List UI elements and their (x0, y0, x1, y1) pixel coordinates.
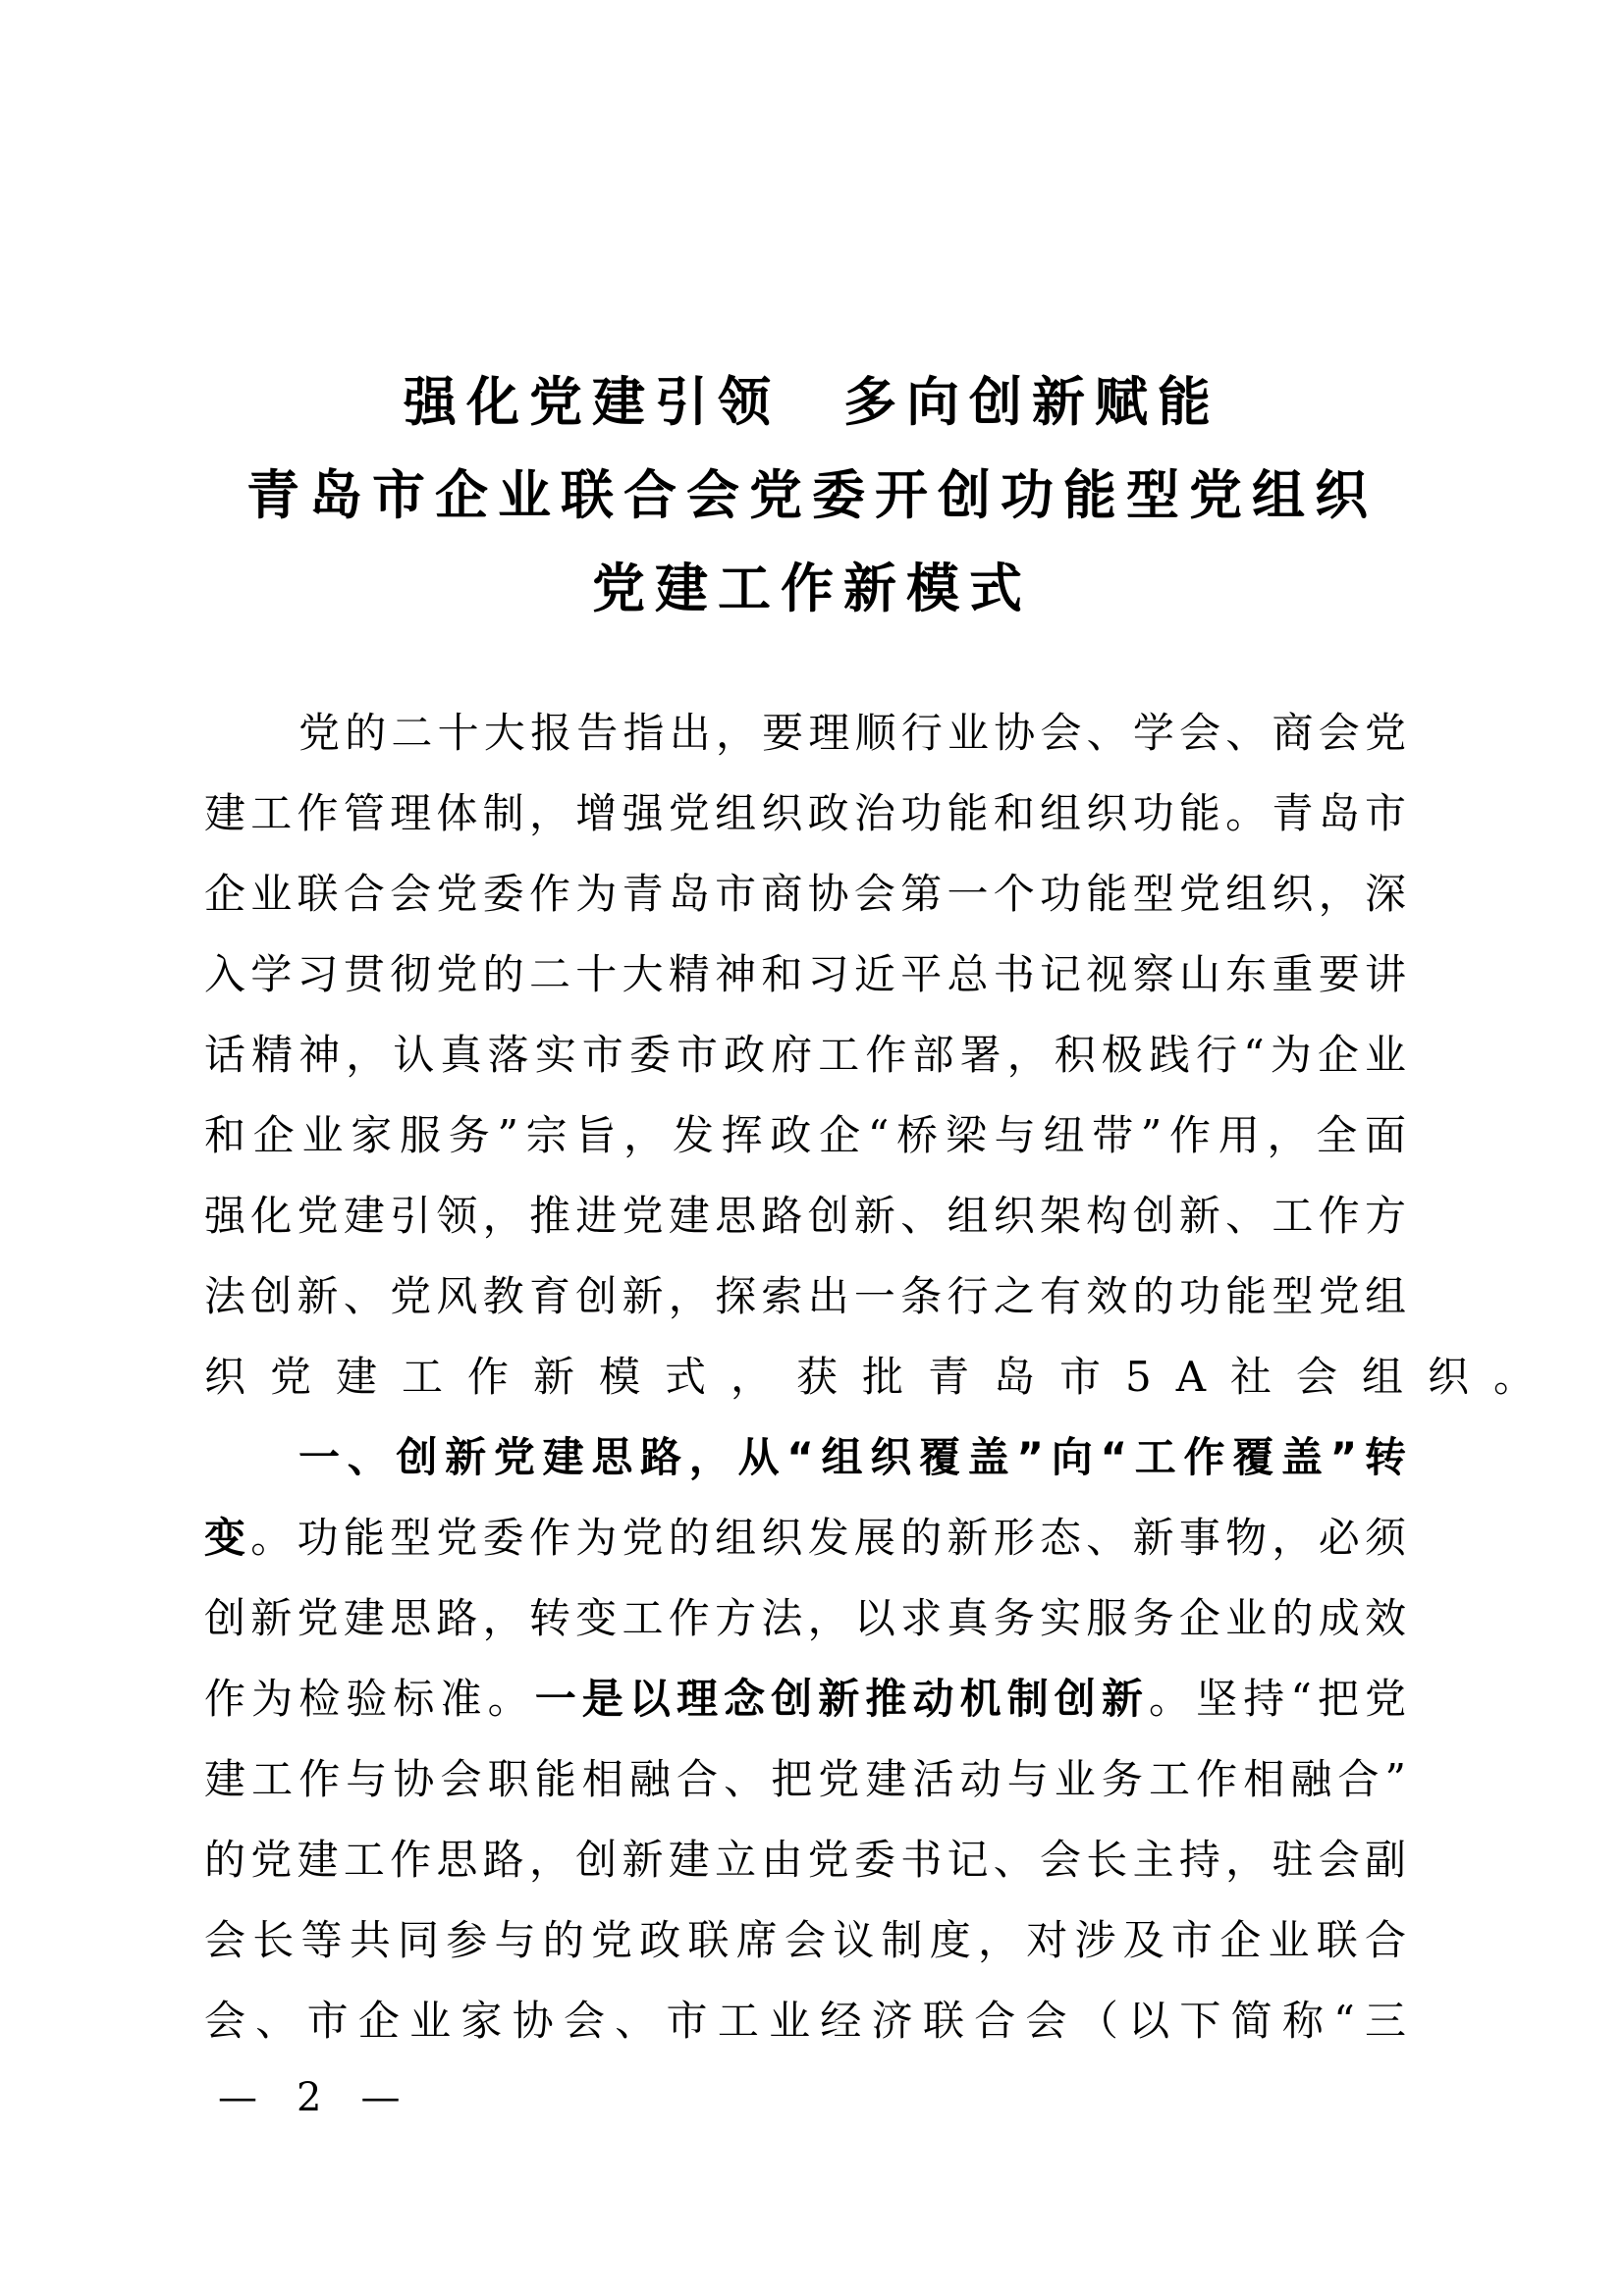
page-number: — 2 — (218, 2073, 400, 2122)
intro-line-8: 法创新、党风教育创新，探索出一条行之有效的功能型党组 (204, 1256, 1406, 1337)
section-1-line-3: 创新党建思路，转变工作方法，以求真务实服务企业的成效 (204, 1578, 1406, 1659)
section-1-heading: 一、创新党建思路，从“组织覆盖”向“工作覆盖”转 (204, 1417, 1406, 1498)
section-1-line-4-end: 。坚持“把党 (1149, 1675, 1406, 1723)
section-1-line-7: 会长等共同参与的党政联席会议制度，对涉及市企业联合 (204, 1900, 1406, 1981)
subheading-one: 一是以理念创新推动机制创新 (535, 1675, 1149, 1723)
intro-line-4: 入学习贯彻党的二十大精神和习近平总书记视察山东重要讲 (204, 934, 1406, 1015)
intro-line-7: 强化党建引领，推进党建思路创新、组织架构创新、工作方 (204, 1176, 1406, 1256)
intro-line-6: 和企业家服务”宗旨，发挥政企“桥梁与纽带”作用，全面 (204, 1095, 1406, 1176)
title-line-2: 青岛市企业联合会党委开创功能型党组织 (0, 449, 1624, 542)
document-title: 强化党建引领 多向创新赋能 青岛市企业联合会党委开创功能型党组织 党建工作新模式 (0, 355, 1624, 635)
title-line-1: 强化党建引领 多向创新赋能 (0, 355, 1624, 449)
section-1-heading-end: 变 (204, 1514, 250, 1562)
intro-line-9: 织党建工作新模式，获批青岛市5A社会组织。 (204, 1337, 1406, 1417)
section-1-line-5: 建工作与协会职能相融合、把党建活动与业务工作相融合” (204, 1739, 1406, 1820)
intro-line-5: 话精神，认真落实市委市政府工作部署，积极践行“为企业 (204, 1015, 1406, 1095)
intro-line-3: 企业联合会党委作为青岛市商协会第一个功能型党组织，深 (204, 854, 1406, 934)
document-body: 党的二十大报告指出，要理顺行业协会、学会、商会党 建工作管理体制，增强党组织政治… (204, 693, 1406, 2061)
section-1-line-4-start: 作为检验标准。 (204, 1675, 535, 1723)
section-1-line-8: 会、市企业家协会、市工业经济联合会（以下简称“三 (204, 1981, 1406, 2061)
section-1-line-2: 变。功能型党委作为党的组织发展的新形态、新事物，必须 (204, 1498, 1406, 1578)
section-1-line-4: 作为检验标准。一是以理念创新推动机制创新。坚持“把党 (204, 1659, 1406, 1739)
section-1-line-6: 的党建工作思路，创新建立由党委书记、会长主持，驻会副 (204, 1820, 1406, 1900)
document-page: 强化党建引领 多向创新赋能 青岛市企业联合会党委开创功能型党组织 党建工作新模式… (0, 0, 1624, 2296)
section-1-line-2-text: 。功能型党委作为党的组织发展的新形态、新事物，必须 (250, 1514, 1406, 1562)
intro-line-1: 党的二十大报告指出，要理顺行业协会、学会、商会党 (204, 693, 1406, 774)
title-line-3: 党建工作新模式 (0, 542, 1624, 635)
intro-line-2: 建工作管理体制，增强党组织政治功能和组织功能。青岛市 (204, 774, 1406, 854)
